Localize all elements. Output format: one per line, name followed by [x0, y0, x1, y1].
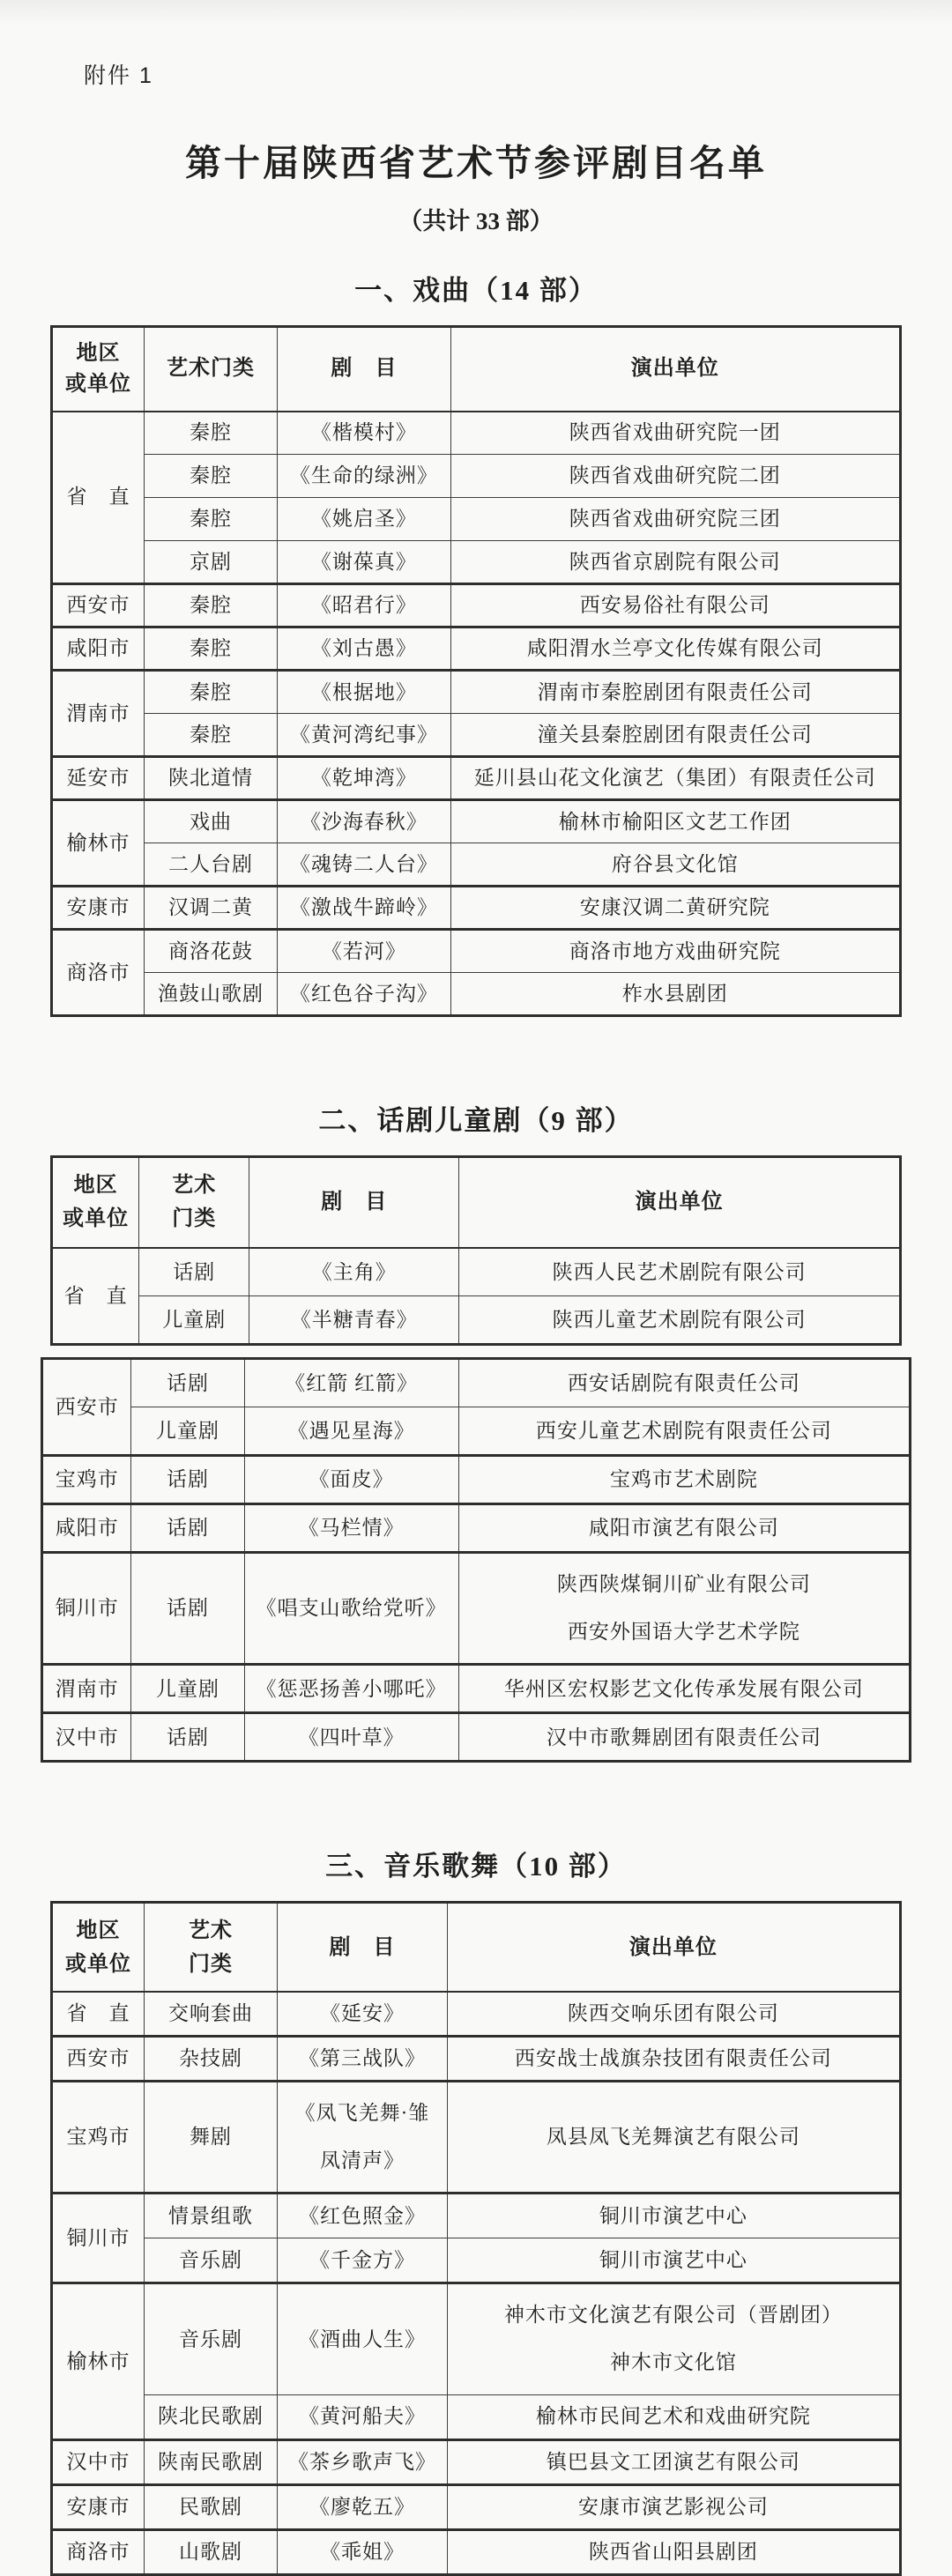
title-cell: 《惩恶扬善小哪吒》 [244, 1665, 458, 1713]
page-title: 第十届陕西省艺术节参评剧目名单 [0, 134, 952, 186]
table-row: 咸阳市秦腔《刘古愚》咸阳渭水兰亭文化传媒有限公司 [52, 627, 901, 671]
region-cell: 铜川市 [42, 1553, 131, 1665]
unit-cell: 咸阳市演艺有限公司 [458, 1504, 910, 1553]
unit-cell: 潼关县秦腔剧团有限责任公司 [450, 714, 900, 757]
section-drama-heading: 二、话剧儿童剧（9 部） [0, 1098, 952, 1138]
unit-cell: 西安儿童艺术剧院有限责任公司 [458, 1407, 910, 1456]
title-cell: 《黄河船夫》 [278, 2394, 448, 2439]
column-header-category: 艺术门类 [144, 327, 277, 412]
title-cell: 《若河》 [278, 930, 450, 973]
title-cell: 《楷模村》 [278, 412, 450, 455]
section-music-dance: 三、音乐歌舞（10 部） 地区 或单位 艺术 门类 剧 目 演出单位 省 直交响… [0, 1844, 952, 2575]
section-opera: 一、戏曲（14 部） 地区 或单位 艺术门类 剧 目 演出单位 省 直秦腔《楷模… [0, 268, 952, 1017]
title-cell: 《红色谷子沟》 [278, 973, 450, 1016]
region-cell: 西安市 [52, 584, 145, 627]
category-cell: 秦腔 [144, 455, 277, 498]
table-row: 儿童剧《遇见星海》西安儿童艺术剧院有限责任公司 [42, 1407, 911, 1456]
category-cell: 交响套曲 [144, 1992, 277, 2037]
region-cell: 商洛市 [52, 2529, 145, 2574]
table-row: 宝鸡市舞剧《凤飞羌舞·雏 凤清声》凤县凤飞羌舞演艺有限公司 [52, 2082, 901, 2194]
unit-cell: 宝鸡市艺术剧院 [458, 1456, 910, 1504]
music-dance-table: 地区 或单位 艺术 门类 剧 目 演出单位 省 直交响套曲《延安》陕西交响乐团有… [50, 1901, 902, 2575]
title-cell: 《乾坤湾》 [278, 757, 450, 800]
table-row: 京剧《谢葆真》陕西省京剧院有限公司 [52, 541, 901, 584]
table-row: 渭南市儿童剧《惩恶扬善小哪吒》华州区宏权影艺文化传承发展有限公司 [42, 1665, 911, 1713]
region-cell: 铜川市 [52, 2194, 145, 2283]
column-header-title: 剧 目 [249, 1157, 459, 1248]
title-cell: 《根据地》 [278, 671, 450, 714]
category-cell: 秦腔 [144, 584, 277, 627]
column-header-unit: 演出单位 [450, 327, 900, 412]
category-cell: 京剧 [144, 541, 277, 584]
category-cell: 山歌剧 [144, 2529, 277, 2574]
category-cell: 话剧 [131, 1713, 244, 1762]
unit-cell: 延川县山花文化演艺（集团）有限责任公司 [450, 757, 900, 800]
region-cell: 榆林市 [52, 800, 145, 887]
category-cell: 戏曲 [144, 800, 277, 843]
region-cell: 安康市 [52, 2484, 145, 2529]
header-row: 地区 或单位 艺术 门类 剧 目 演出单位 [52, 1157, 901, 1248]
title-cell: 《姚启圣》 [278, 498, 450, 541]
unit-cell: 府谷县文化馆 [450, 843, 900, 887]
unit-cell: 柞水县剧团 [450, 973, 900, 1016]
unit-cell: 神木市文化演艺有限公司（晋剧团） 神木市文化馆 [447, 2283, 900, 2394]
category-cell: 汉调二黄 [144, 887, 277, 930]
category-cell: 音乐剧 [144, 2238, 277, 2283]
title-cell: 《茶乡歌声飞》 [278, 2439, 448, 2484]
section-opera-heading: 一、戏曲（14 部） [0, 268, 952, 308]
category-cell: 杂技剧 [144, 2037, 277, 2082]
title-cell: 《遇见星海》 [244, 1407, 458, 1456]
category-cell: 话剧 [131, 1456, 244, 1504]
unit-cell: 汉中市歌舞剧团有限责任公司 [458, 1713, 910, 1762]
table-row: 汉中市陕南民歌剧《茶乡歌声飞》镇巴县文工团演艺有限公司 [52, 2439, 901, 2484]
attachment-label: 附件 1 [84, 58, 952, 90]
unit-cell: 陕西省戏曲研究院二团 [450, 455, 900, 498]
title-cell: 《面皮》 [244, 1456, 458, 1504]
unit-cell: 安康市演艺影视公司 [447, 2484, 900, 2529]
column-header-category: 艺术 门类 [144, 1903, 277, 1992]
table-row: 省 直话剧《主角》陕西人民艺术剧院有限公司 [52, 1248, 901, 1296]
region-cell: 汉中市 [42, 1713, 131, 1762]
region-cell: 延安市 [52, 757, 145, 800]
unit-cell: 榆林市民间艺术和戏曲研究院 [447, 2394, 900, 2439]
unit-cell: 西安战士战旗杂技团有限责任公司 [447, 2037, 900, 2082]
title-cell: 《第三战队》 [278, 2037, 448, 2082]
section-music-dance-heading: 三、音乐歌舞（10 部） [0, 1844, 952, 1883]
category-cell: 秦腔 [144, 714, 277, 757]
table-row: 西安市秦腔《昭君行》西安易俗社有限公司 [52, 584, 901, 627]
title-cell: 《唱支山歌给党听》 [244, 1553, 458, 1665]
page-subtitle: （共计 33 部） [0, 202, 952, 236]
table-row: 秦腔《姚启圣》陕西省戏曲研究院三团 [52, 498, 901, 541]
region-cell: 安康市 [52, 887, 145, 930]
category-cell: 话剧 [131, 1359, 244, 1407]
category-cell: 情景组歌 [144, 2194, 277, 2238]
column-header-title: 剧 目 [278, 327, 450, 412]
title-cell: 《红箭 红箭》 [244, 1359, 458, 1407]
region-cell: 渭南市 [42, 1665, 131, 1713]
unit-cell: 陕西陕煤铜川矿业有限公司 西安外国语大学艺术学院 [458, 1553, 910, 1665]
title-cell: 《主角》 [249, 1248, 459, 1296]
unit-cell: 渭南市秦腔剧团有限责任公司 [450, 671, 900, 714]
column-header-title: 剧 目 [278, 1903, 448, 1992]
unit-cell: 陕西省戏曲研究院三团 [450, 498, 900, 541]
region-cell: 西安市 [42, 1359, 131, 1456]
table-row: 省 直交响套曲《延安》陕西交响乐团有限公司 [52, 1992, 901, 2037]
table-row: 榆林市戏曲《沙海春秋》榆林市榆阳区文艺工作团 [52, 800, 901, 843]
region-cell: 汉中市 [52, 2439, 145, 2484]
table-row: 延安市陕北道情《乾坤湾》延川县山花文化演艺（集团）有限责任公司 [52, 757, 901, 800]
table-row: 商洛市商洛花鼓《若河》商洛市地方戏曲研究院 [52, 930, 901, 973]
unit-cell: 陕西交响乐团有限公司 [447, 1992, 900, 2037]
table-row: 商洛市山歌剧《乖姐》陕西省山阳县剧团 [52, 2529, 901, 2574]
unit-cell: 陕西人民艺术剧院有限公司 [459, 1248, 901, 1296]
table-row: 省 直秦腔《楷模村》陕西省戏曲研究院一团 [52, 412, 901, 455]
table-row: 汉中市话剧《四叶草》汉中市歌舞剧团有限责任公司 [42, 1713, 911, 1762]
unit-cell: 榆林市榆阳区文艺工作团 [450, 800, 900, 843]
region-cell: 咸阳市 [42, 1504, 131, 1553]
table-row: 安康市民歌剧《廖乾五》安康市演艺影视公司 [52, 2484, 901, 2529]
drama-table-cities: 西安市话剧《红箭 红箭》西安话剧院有限责任公司儿童剧《遇见星海》西安儿童艺术剧院… [41, 1357, 911, 1763]
table-row: 渔鼓山歌剧《红色谷子沟》柞水县剧团 [52, 973, 901, 1016]
document-page: 附件 1 第十届陕西省艺术节参评剧目名单 （共计 33 部） 一、戏曲（14 部… [0, 0, 952, 2576]
unit-cell: 华州区宏权影艺文化传承发展有限公司 [458, 1665, 910, 1713]
title-cell: 《激战牛蹄岭》 [278, 887, 450, 930]
region-cell: 渭南市 [52, 671, 145, 757]
category-cell: 儿童剧 [131, 1665, 244, 1713]
column-header-unit: 演出单位 [459, 1157, 901, 1248]
region-cell: 榆林市 [52, 2283, 145, 2439]
unit-cell: 铜川市演艺中心 [447, 2194, 900, 2238]
title-cell: 《黄河湾纪事》 [278, 714, 450, 757]
unit-cell: 陕西儿童艺术剧院有限公司 [459, 1296, 901, 1345]
table-row: 儿童剧《半糖青春》陕西儿童艺术剧院有限公司 [52, 1296, 901, 1345]
unit-cell: 西安易俗社有限公司 [450, 584, 900, 627]
region-cell: 省 直 [52, 412, 145, 584]
header-row: 地区 或单位 艺术门类 剧 目 演出单位 [52, 327, 901, 412]
title-cell: 《凤飞羌舞·雏 凤清声》 [278, 2082, 448, 2194]
column-header-category: 艺术 门类 [139, 1157, 249, 1248]
unit-cell: 西安话剧院有限责任公司 [458, 1359, 910, 1407]
table-row: 秦腔《生命的绿洲》陕西省戏曲研究院二团 [52, 455, 901, 498]
category-cell: 儿童剧 [131, 1407, 244, 1456]
table-row: 安康市汉调二黄《激战牛蹄岭》安康汉调二黄研究院 [52, 887, 901, 930]
category-cell: 二人台剧 [144, 843, 277, 887]
unit-cell: 陕西省戏曲研究院一团 [450, 412, 900, 455]
unit-cell: 商洛市地方戏曲研究院 [450, 930, 900, 973]
table-row: 西安市杂技剧《第三战队》西安战士战旗杂技团有限责任公司 [52, 2037, 901, 2082]
category-cell: 话剧 [131, 1504, 244, 1553]
table-row: 二人台剧《魂铸二人台》府谷县文化馆 [52, 843, 901, 887]
column-header-region: 地区 或单位 [52, 1903, 145, 1992]
column-header-region: 地区 或单位 [52, 1157, 139, 1248]
region-cell: 西安市 [52, 2037, 145, 2082]
title-cell: 《半糖青春》 [249, 1296, 459, 1345]
category-cell: 儿童剧 [139, 1296, 249, 1345]
category-cell: 秦腔 [144, 498, 277, 541]
category-cell: 舞剧 [144, 2082, 277, 2194]
unit-cell: 咸阳渭水兰亭文化传媒有限公司 [450, 627, 900, 671]
table-row: 音乐剧《千金方》铜川市演艺中心 [52, 2238, 901, 2283]
category-cell: 秦腔 [144, 671, 277, 714]
table-row: 陕北民歌剧《黄河船夫》榆林市民间艺术和戏曲研究院 [52, 2394, 901, 2439]
title-cell: 《昭君行》 [278, 584, 450, 627]
unit-cell: 陕西省京剧院有限公司 [450, 541, 900, 584]
column-header-unit: 演出单位 [447, 1903, 900, 1992]
category-cell: 音乐剧 [144, 2283, 277, 2394]
drama-table-provincial: 地区 或单位 艺术 门类 剧 目 演出单位 省 直话剧《主角》陕西人民艺术剧院有… [50, 1155, 902, 1346]
title-cell: 《魂铸二人台》 [278, 843, 450, 887]
column-header-region: 地区 或单位 [52, 327, 145, 412]
unit-cell: 凤县凤飞羌舞演艺有限公司 [447, 2082, 900, 2194]
region-cell: 省 直 [52, 1992, 145, 2037]
table-row: 榆林市音乐剧《酒曲人生》神木市文化演艺有限公司（晋剧团） 神木市文化馆 [52, 2283, 901, 2394]
region-cell: 宝鸡市 [42, 1456, 131, 1504]
table-row: 渭南市秦腔《根据地》渭南市秦腔剧团有限责任公司 [52, 671, 901, 714]
table-row: 铜川市情景组歌《红色照金》铜川市演艺中心 [52, 2194, 901, 2238]
unit-cell: 安康汉调二黄研究院 [450, 887, 900, 930]
unit-cell: 铜川市演艺中心 [447, 2238, 900, 2283]
category-cell: 话剧 [139, 1248, 249, 1296]
region-cell: 宝鸡市 [52, 2082, 145, 2194]
unit-cell: 陕西省山阳县剧团 [447, 2529, 900, 2574]
table-row: 宝鸡市话剧《面皮》宝鸡市艺术剧院 [42, 1456, 911, 1504]
table-row: 铜川市话剧《唱支山歌给党听》陕西陕煤铜川矿业有限公司 西安外国语大学艺术学院 [42, 1553, 911, 1665]
header-row: 地区 或单位 艺术 门类 剧 目 演出单位 [52, 1903, 901, 1992]
region-cell: 省 直 [52, 1248, 139, 1345]
category-cell: 陕南民歌剧 [144, 2439, 277, 2484]
title-cell: 《酒曲人生》 [278, 2283, 448, 2394]
title-cell: 《千金方》 [278, 2238, 448, 2283]
table-row: 秦腔《黄河湾纪事》潼关县秦腔剧团有限责任公司 [52, 714, 901, 757]
title-cell: 《四叶草》 [244, 1713, 458, 1762]
table-row: 西安市话剧《红箭 红箭》西安话剧院有限责任公司 [42, 1359, 911, 1407]
title-cell: 《刘古愚》 [278, 627, 450, 671]
opera-table: 地区 或单位 艺术门类 剧 目 演出单位 省 直秦腔《楷模村》陕西省戏曲研究院一… [50, 325, 902, 1017]
region-cell: 商洛市 [52, 930, 145, 1016]
section-drama: 二、话剧儿童剧（9 部） 地区 或单位 艺术 门类 剧 目 演出单位 省 直话剧… [0, 1098, 952, 1763]
title-cell: 《乖姐》 [278, 2529, 448, 2574]
category-cell: 秦腔 [144, 627, 277, 671]
category-cell: 陕北民歌剧 [144, 2394, 277, 2439]
title-cell: 《沙海春秋》 [278, 800, 450, 843]
category-cell: 渔鼓山歌剧 [144, 973, 277, 1016]
title-cell: 《谢葆真》 [278, 541, 450, 584]
title-cell: 《马栏情》 [244, 1504, 458, 1553]
category-cell: 民歌剧 [144, 2484, 277, 2529]
unit-cell: 镇巴县文工团演艺有限公司 [447, 2439, 900, 2484]
category-cell: 商洛花鼓 [144, 930, 277, 973]
title-cell: 《生命的绿洲》 [278, 455, 450, 498]
title-cell: 《廖乾五》 [278, 2484, 448, 2529]
category-cell: 秦腔 [144, 412, 277, 455]
table-row: 咸阳市话剧《马栏情》咸阳市演艺有限公司 [42, 1504, 911, 1553]
category-cell: 话剧 [131, 1553, 244, 1665]
title-cell: 《延安》 [278, 1992, 448, 2037]
title-cell: 《红色照金》 [278, 2194, 448, 2238]
region-cell: 咸阳市 [52, 627, 145, 671]
category-cell: 陕北道情 [144, 757, 277, 800]
